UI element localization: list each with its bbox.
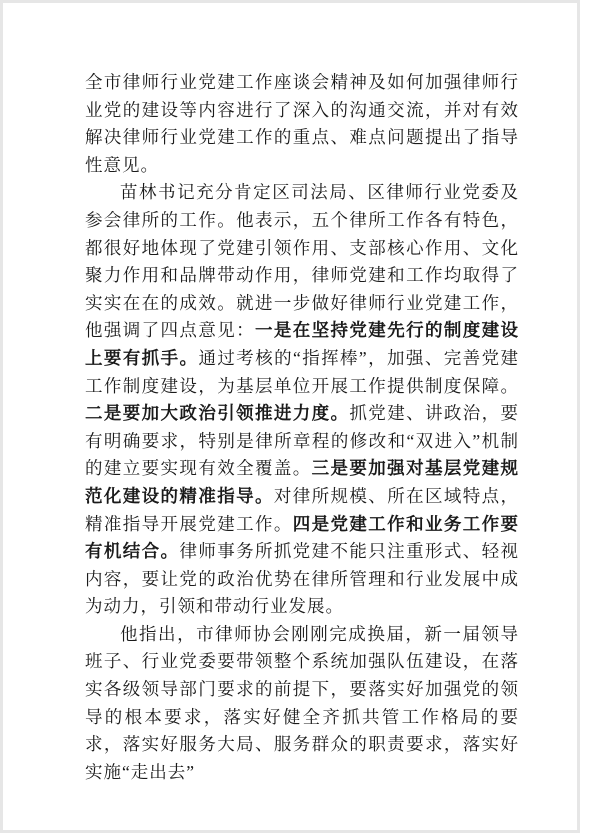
text-run-bold: 二是要加大政治引领推进力度。 <box>85 403 349 423</box>
paragraph: 全市律师行业党建工作座谈会精神及如何加强律师行业党的建设等内容进行了深入的沟通交… <box>85 69 519 179</box>
text-run: 全市律师行业党建工作座谈会精神及如何加强律师行业党的建设等内容进行了深入的沟通交… <box>85 72 519 175</box>
paragraph: 苗林书记充分肯定区司法局、区律师行业党委及参会律所的工作。他表示，五个律所工作各… <box>85 179 519 621</box>
document-body: 全市律师行业党建工作座谈会精神及如何加强律师行业党的建设等内容进行了深入的沟通交… <box>85 69 519 786</box>
text-run: 苗林书记充分肯定区司法局、区律师行业党委及参会律所的工作。他表示，五个律所工作各… <box>85 182 519 340</box>
text-run: 他指出，市律师协会刚刚完成换届，新一届领导班子、行业党委要带领整个系统加强队伍建… <box>85 624 519 782</box>
paragraph: 他指出，市律师协会刚刚完成换届，新一届领导班子、行业党委要带领整个系统加强队伍建… <box>85 621 519 787</box>
document-page: 全市律师行业党建工作座谈会精神及如何加强律师行业党的建设等内容进行了深入的沟通交… <box>0 0 580 833</box>
